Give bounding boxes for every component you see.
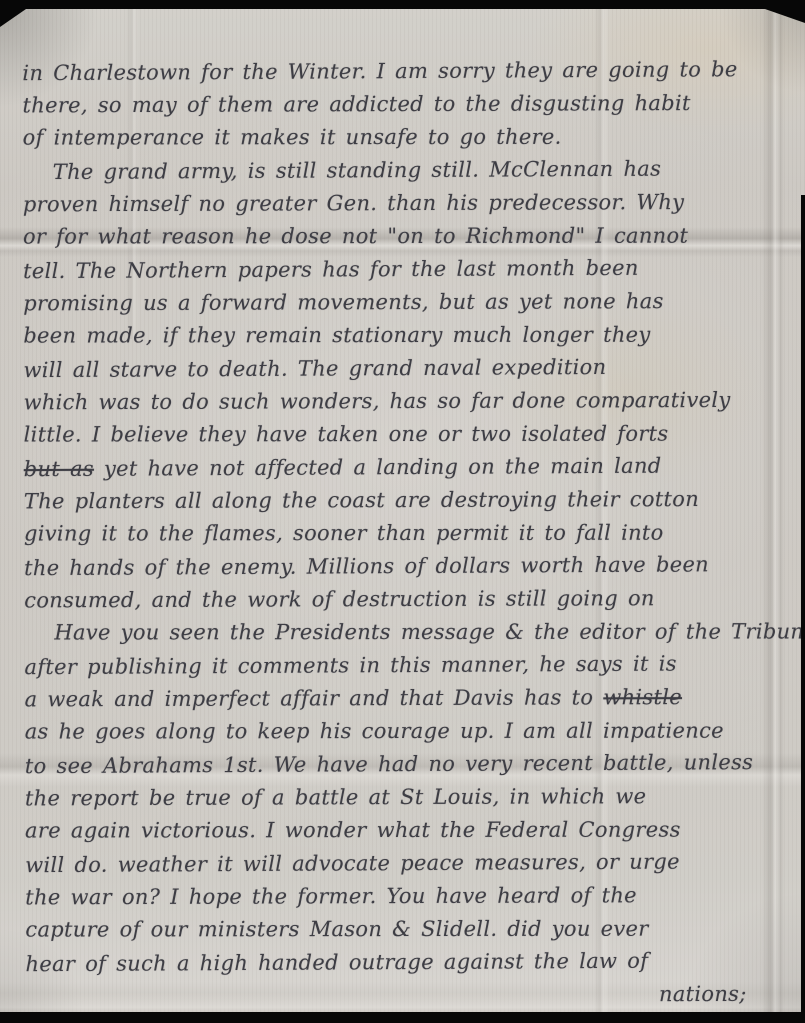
letter-line: but as yet have not affected a landing o… bbox=[24, 449, 803, 486]
letter-line: hear of such a high handed outrage again… bbox=[25, 944, 804, 981]
letter-line: the war on? I hope the former. You have … bbox=[25, 879, 804, 915]
letter-line: as he goes along to keep his courage up.… bbox=[25, 714, 804, 748]
scan-edge-right bbox=[801, 195, 805, 1023]
scan-edge-bottom bbox=[0, 1012, 805, 1023]
letter-line: will all starve to death. The grand nava… bbox=[23, 350, 802, 387]
letter-line: are again victorious. I wonder what the … bbox=[25, 813, 804, 847]
struck-word: whistle bbox=[603, 685, 682, 709]
letter-line: in Charlestown for the Winter. I am sorr… bbox=[22, 53, 801, 90]
letter-line: the report be true of a battle at St Lou… bbox=[25, 780, 804, 816]
letter-line: little. I believe they have taken one or… bbox=[24, 417, 803, 451]
letter-line: or for what reason he dose not "on to Ri… bbox=[23, 219, 802, 253]
letter-line: of intemperance it makes it unsafe to go… bbox=[23, 120, 802, 154]
paper-sheet: in Charlestown for the Winter. I am sorr… bbox=[0, 9, 805, 1012]
letter-line: will do. weather it will advocate peace … bbox=[25, 845, 804, 882]
letter-line: which was to do such wonders, has so far… bbox=[23, 384, 802, 420]
letter-line: promising us a forward movements, but as… bbox=[23, 285, 802, 321]
letter-line: proven himself no greater Gen. than his … bbox=[23, 186, 802, 222]
letter-line: The planters all along the coast are des… bbox=[24, 483, 803, 519]
letter-line: tell. The Northern papers has for the la… bbox=[23, 251, 802, 288]
letter-line: giving it to the flames, sooner than per… bbox=[24, 516, 803, 550]
scanned-letter-page: { "page": { "kind": "handwritten letter … bbox=[0, 0, 805, 1023]
letter-line: Have you seen the Presidents message & t… bbox=[24, 615, 803, 649]
struck-word: but as bbox=[24, 457, 94, 481]
letter-line: nations; bbox=[26, 978, 805, 1014]
letter-line: a weak and imperfect affair and that Dav… bbox=[25, 681, 804, 717]
letter-body: in Charlestown for the Winter. I am sorr… bbox=[22, 54, 804, 1014]
letter-line: been made, if they remain stationary muc… bbox=[23, 318, 802, 352]
letter-line: the hands of the enemy. Millions of doll… bbox=[24, 548, 803, 585]
letter-line: there, so may of them are addicted to th… bbox=[22, 87, 801, 123]
letter-line: capture of our ministers Mason & Slidell… bbox=[25, 912, 804, 946]
letter-line: consumed, and the work of destruction is… bbox=[24, 582, 803, 618]
letter-line: after publishing it comments in this man… bbox=[24, 647, 803, 684]
letter-line: to see Abrahams 1st. We have had no very… bbox=[25, 746, 804, 783]
scan-edge-top bbox=[0, 0, 805, 9]
letter-line: The grand army, is still standing still.… bbox=[23, 152, 802, 189]
